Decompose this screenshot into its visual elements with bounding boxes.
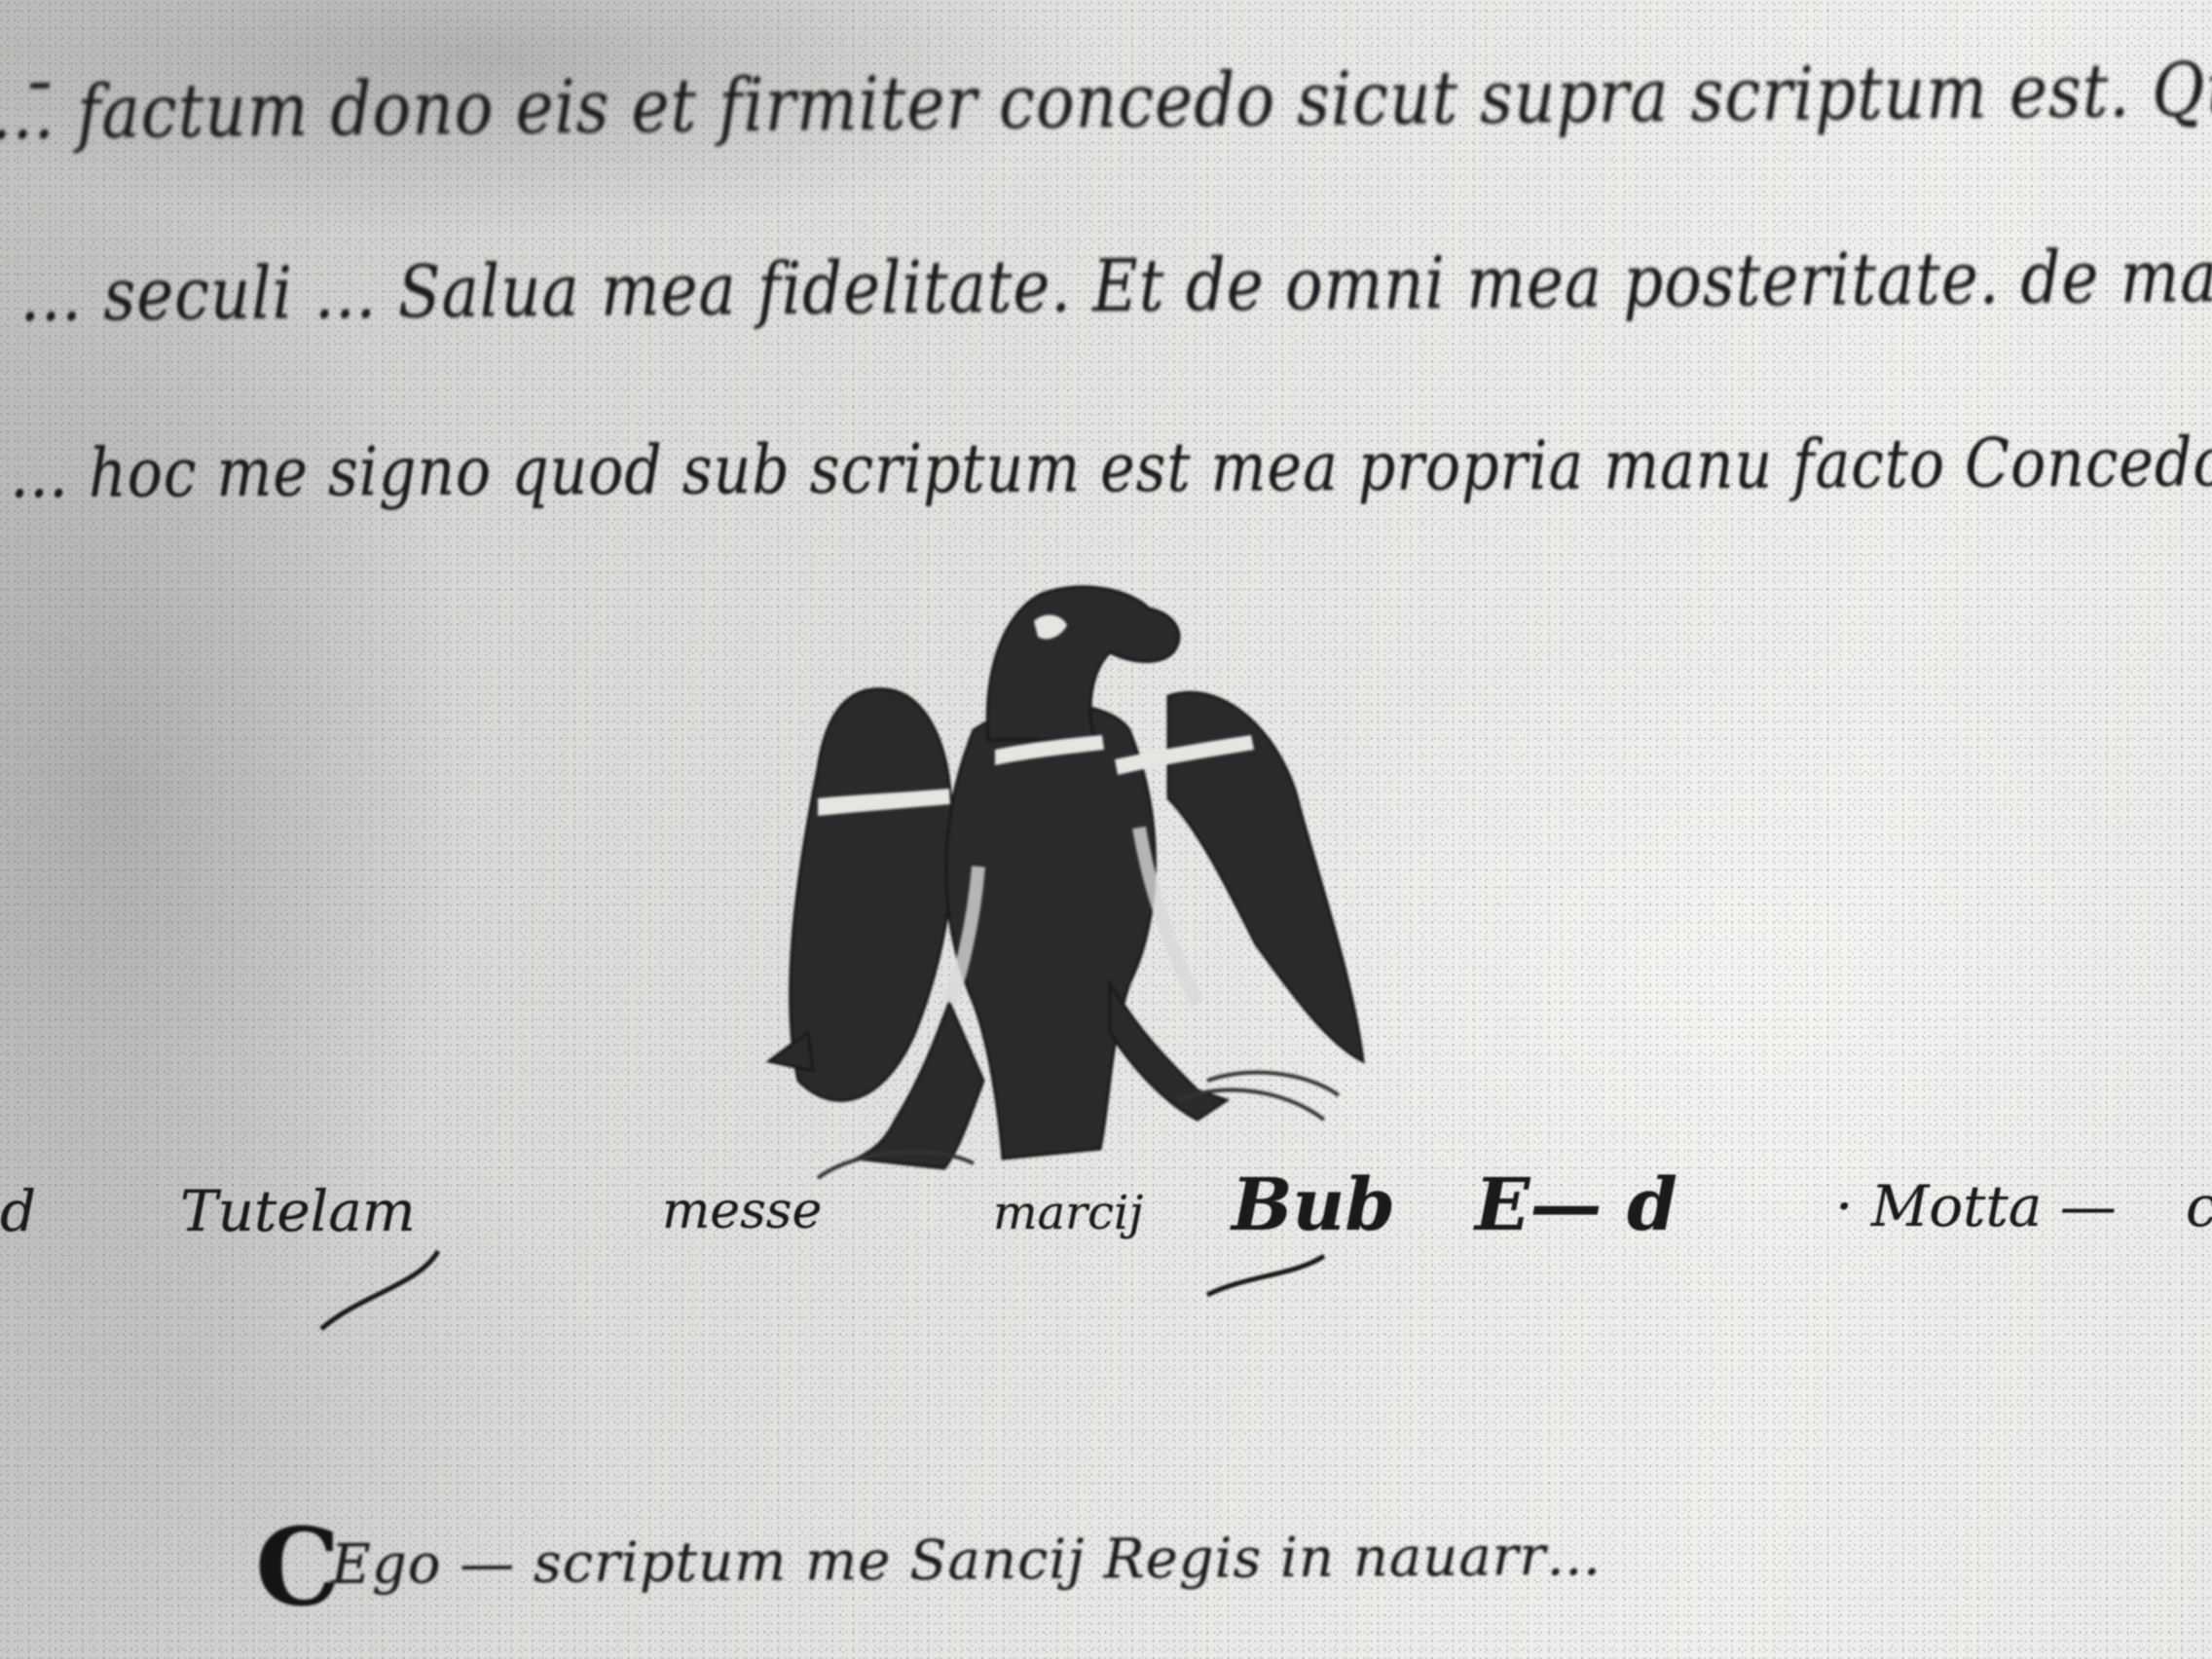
text-line-3: … hoc me signo quod sub scriptum est mea… [10, 421, 2212, 513]
signature-tutelam: Tutelam [180, 1178, 416, 1244]
charter-page: …̄ factum dono eis et firmiter concedo s… [0, 0, 2212, 1659]
signature-motta: · Motta — [1835, 1173, 2117, 1239]
closing-line: Ego — scriptum me Sancij Regis in nauarr… [331, 1525, 1603, 1597]
signature-fragment: d [0, 1178, 36, 1244]
signature-messe: messe [662, 1182, 822, 1240]
text-line-1: …̄ factum dono eis et firmiter concedo s… [0, 43, 2212, 156]
signature-marcij: marcij [993, 1186, 1143, 1240]
decorated-initial: C [255, 1504, 341, 1630]
flourish-icon [1198, 1236, 1334, 1305]
signature-bub: Bub [1232, 1163, 1395, 1247]
text-line-2: … seculi … Salua mea fidelitate. Et de o… [19, 235, 2212, 339]
eagle-emblem-icon [740, 574, 1382, 1198]
signature-fragment-right: c [2186, 1173, 2212, 1239]
flourish-icon [302, 1246, 458, 1334]
signature-e-d: E— d [1475, 1163, 1677, 1247]
